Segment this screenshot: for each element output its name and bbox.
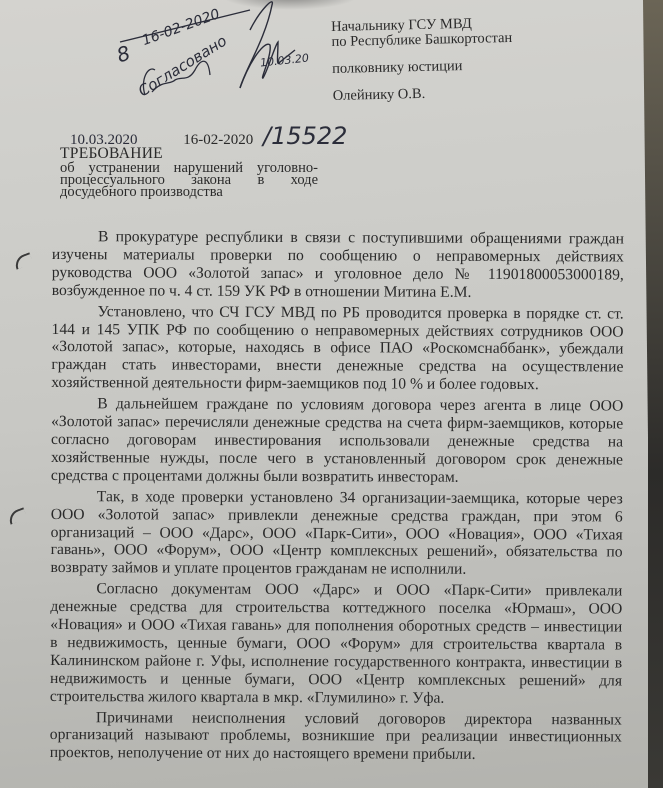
printed-date: 16-02-2020 [183, 132, 253, 148]
paragraph: Согласно документам ООО «Дарс» и ООО «Па… [50, 580, 623, 708]
registration-number: /15522 [263, 122, 347, 150]
title-heading: ТРЕБОВАНИЕ [60, 148, 318, 160]
paragraph: Установлено, что СЧ ГСУ МВД по РБ провод… [51, 303, 623, 395]
paragraph: Так, в ходе проверки установлено 34 орга… [50, 488, 622, 580]
margin-mark [12, 252, 33, 269]
document-body: В прокуратуре республики в связи с посту… [50, 228, 624, 768]
paragraph: В прокуратуре республики в связи с посту… [52, 228, 624, 302]
document-page: 8 16-02-2020 Согласовано 10.03.20 Началь… [0, 0, 648, 788]
margin-mark [6, 507, 27, 524]
addressee-region: по Республике Башкортостан [331, 31, 512, 50]
addressee-name: Олейнику О.В. [333, 85, 514, 104]
paragraph: Причинами неисполнения условий договоров… [50, 709, 622, 765]
addressee-rank: полковнику юстиции [332, 58, 513, 77]
addressee-block: Начальнику ГСУ МВД по Республике Башкорт… [331, 16, 514, 104]
document-title: ТРЕБОВАНИЕ об устранении нарушений уголо… [60, 148, 318, 198]
paragraph: В дальнейшем граждане по условиям догово… [51, 395, 623, 487]
